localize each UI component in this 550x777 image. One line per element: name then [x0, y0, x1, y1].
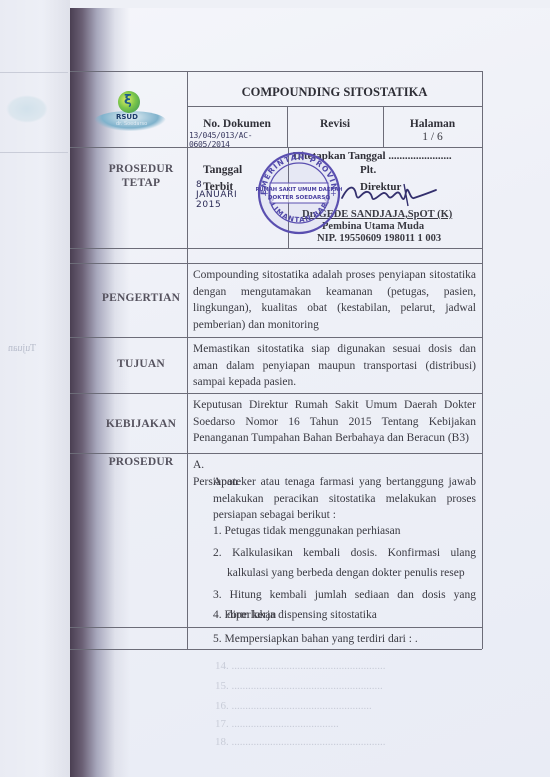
table-border-top — [70, 71, 482, 72]
bleed-through-text: 14. ....................................… — [215, 660, 386, 672]
section-text-kebijakan: Keputusan Direktur Rumah Sakit Umum Daer… — [193, 397, 476, 447]
halaman-value: 1 / 6 — [383, 129, 482, 146]
section-label-pengertian: PENGERTIAN — [96, 292, 186, 304]
section-text-pengertian: Compounding sitostatika adalah proses pe… — [193, 267, 476, 333]
prosedur-item: 5. Mempersiapkan bahan yang terdiri dari… — [213, 631, 476, 648]
table-row-divider — [70, 337, 482, 338]
document-title: COMPOUNDING SITOSTATIKA — [187, 85, 482, 100]
prosedur-item: 4. Form kerja dispensing sitostatika — [213, 607, 476, 624]
svg-text:DOKTER SOEDARSO: DOKTER SOEDARSO — [268, 195, 331, 201]
adjacent-page-logo-icon — [6, 95, 48, 123]
table-border-right — [482, 71, 483, 649]
svg-text:+: + — [262, 189, 269, 198]
adjacent-page-edge: Tujuan — [0, 0, 70, 777]
logo-emblem-icon: ξ — [124, 93, 132, 108]
adjacent-page-mirrored-text: Tujuan — [8, 343, 36, 354]
section-label-tujuan: TUJUAN — [96, 358, 186, 370]
official-stamp-icon: PEMERINTAH PROVINSI KALIMANTAN BARAT RUM… — [256, 150, 342, 236]
table-row-divider — [70, 453, 482, 454]
table-row-divider — [70, 263, 482, 264]
table-row-divider — [70, 248, 482, 249]
bleed-through-text: 17. ....................................… — [215, 718, 339, 730]
section-label-prosedur: PROSEDUR — [96, 456, 186, 468]
tanggal-terbit-value: 8 JANUARI 2015 — [196, 180, 237, 210]
bleed-through-text: 15. ....................................… — [215, 680, 383, 692]
table-column-divider — [187, 71, 188, 649]
no-dokumen-value: 13/045/013/AC-0605/2014 — [189, 131, 252, 149]
section-text-tujuan: Memastikan sitostatika siap digunakan se… — [193, 341, 476, 391]
prosedur-item: 2. Kalkulasikan kembali dosis. Konfirmas… — [213, 543, 476, 583]
revisi-label: Revisi — [287, 116, 383, 133]
table-row-divider — [187, 106, 482, 107]
hospital-logo: ξ RSUD dr. Soedarso — [92, 85, 178, 135]
bleed-through-text: 16. ....................................… — [215, 700, 372, 712]
logo-subtext: dr. Soedarso — [116, 121, 147, 127]
section-label-kebijakan: KEBIJAKAN — [96, 418, 186, 430]
svg-text:+: + — [330, 189, 337, 198]
prosedur-item: 1. Petugas tidak menggunakan perhiasan — [213, 523, 476, 540]
prosedur-tetap-label: PROSEDUR TETAP — [96, 162, 186, 190]
adjacent-page-rule — [0, 72, 68, 73]
adjacent-page-rule — [0, 152, 68, 153]
table-row-divider — [70, 393, 482, 394]
signature-icon — [340, 180, 440, 217]
table-row-divider — [70, 627, 482, 628]
logo-text: RSUD — [116, 114, 138, 121]
table-border-bottom — [70, 649, 482, 650]
prosedur-intro: Apoteker atau tenaga farmasi yang bertan… — [213, 474, 476, 524]
bleed-through-text: 18. ....................................… — [215, 736, 386, 748]
